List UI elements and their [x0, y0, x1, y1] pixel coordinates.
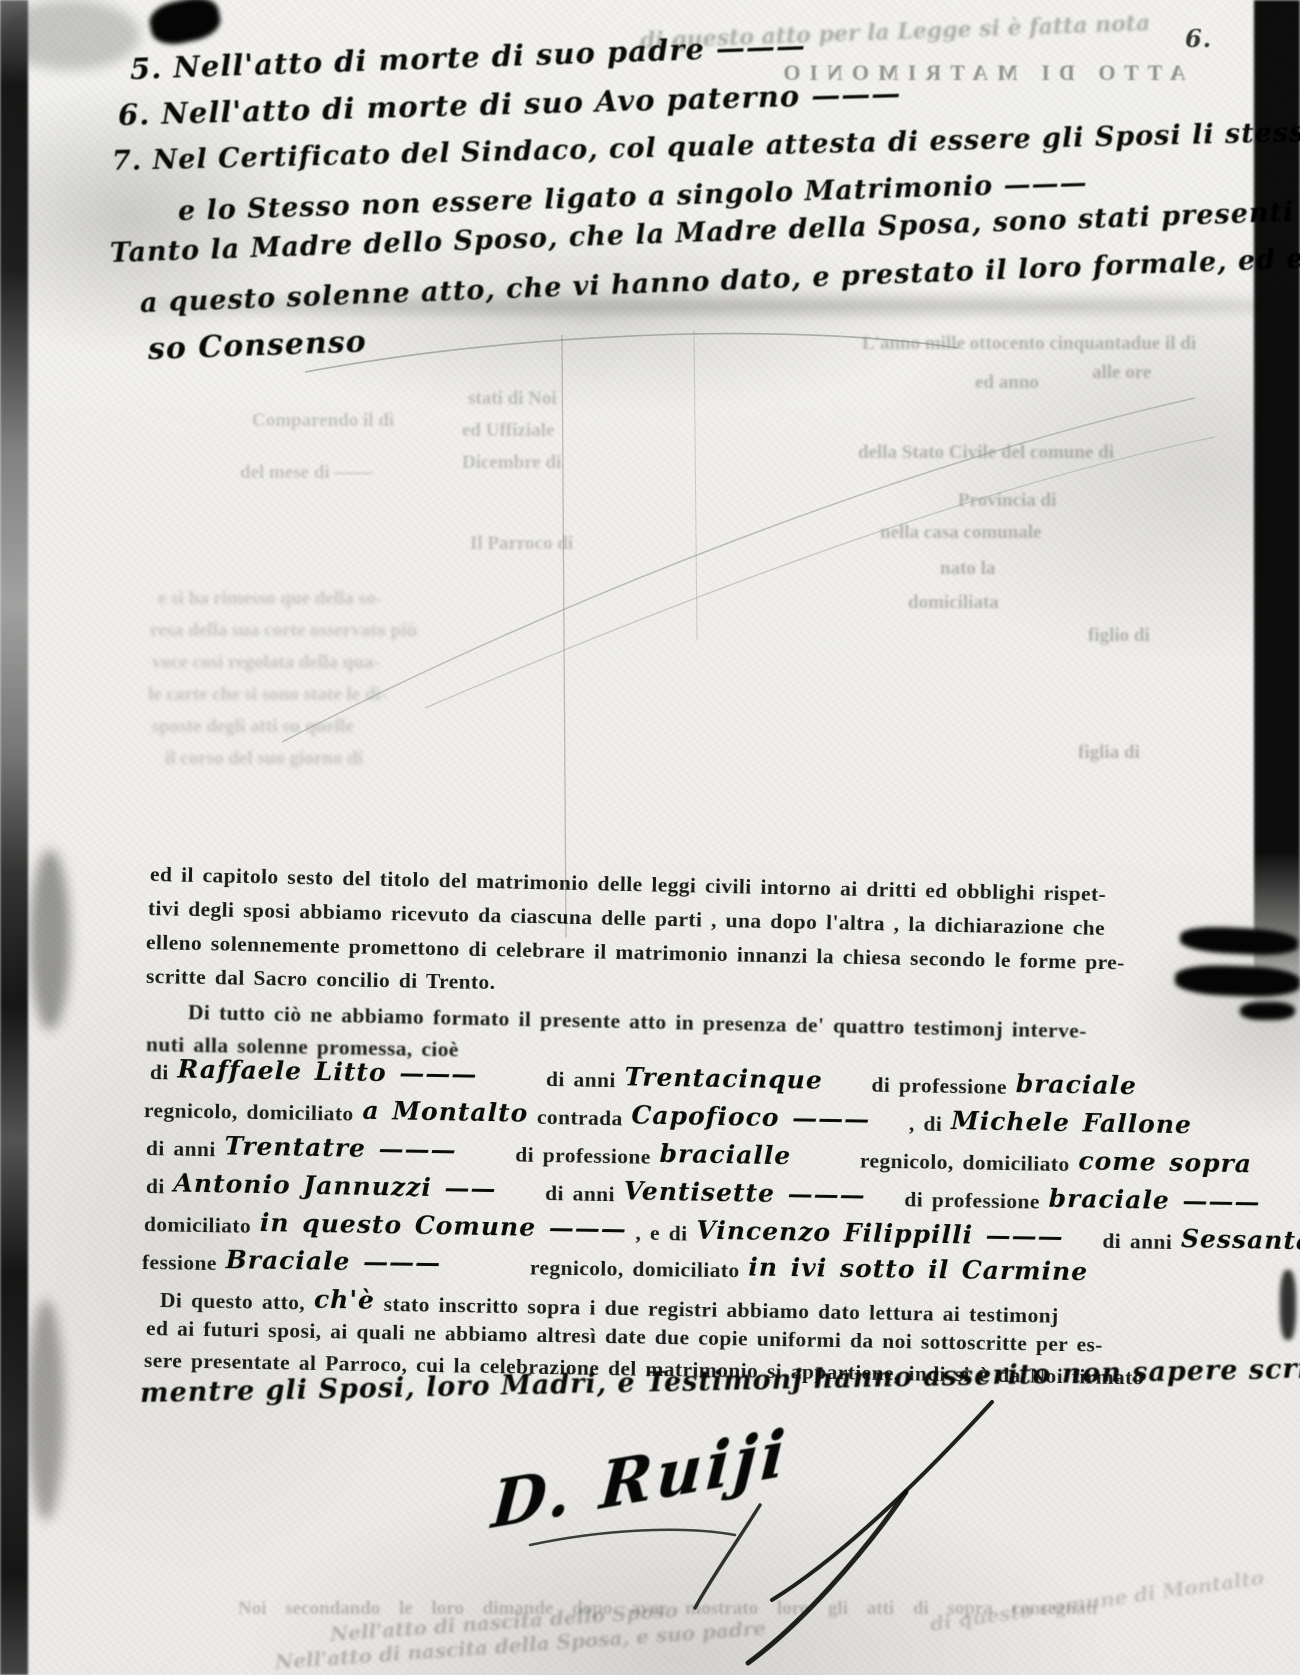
printed-text: regnicolo, domiciliato [144, 1098, 363, 1126]
ink-blot [1240, 1002, 1295, 1020]
witness-age-handwritten: Trentatre ——— [224, 1131, 457, 1164]
printed-text: domiciliato [144, 1212, 260, 1238]
printed-text: di professione [863, 1072, 1016, 1099]
witness-age-handwritten: Ventisette ——— [624, 1176, 866, 1209]
printed-text: fessione [142, 1250, 226, 1275]
printed-text: , di [900, 1111, 951, 1136]
witness-row: fessione Braciale ——— regnicolo, domicil… [142, 1246, 1089, 1288]
scanned-document-page: ATTO DI MATRIMONIO di questo atto per la… [0, 0, 1300, 1675]
bleedthrough-label: stati di Noi [468, 388, 557, 410]
printed-text: , e di [627, 1220, 697, 1245]
witness-name-handwritten: Antonio Jannuzzi —— [173, 1168, 496, 1203]
witness-age-handwritten: Sessanta —— [1181, 1224, 1300, 1256]
printed-text: di professione [506, 1142, 659, 1169]
bleedthrough-label: nella casa comunale [880, 522, 1042, 544]
bleedthrough-label: ed Uffiziale [462, 420, 554, 442]
bleedthrough-illegible-line: resa della sua corte osservato più [150, 620, 417, 642]
witness-name-handwritten: Raffaele Litto ——— [177, 1054, 477, 1088]
bleedthrough-label: nato la [940, 558, 995, 580]
handwritten-insert: ch'è [314, 1285, 375, 1315]
witness-profession-handwritten: Braciale ——— [225, 1245, 441, 1277]
annotation-line: 6. Nell'atto di morte di suo Avo paterno… [118, 76, 902, 132]
printed-text: regnicolo, domiciliato [851, 1148, 1079, 1176]
bleedthrough-label: alle ore [1092, 362, 1151, 384]
bleedthrough-label: Il Parroco di [470, 533, 573, 555]
bleedthrough-label: della Stato Civile del comune di [858, 442, 1114, 464]
ink-blot [1280, 1270, 1296, 1340]
printed-text: regnicolo, domiciliato [521, 1255, 749, 1282]
bleedthrough-label: figlio di [1088, 625, 1150, 647]
printed-text: Di questo atto, [160, 1288, 314, 1315]
bleedthrough-label: figlia di [1078, 742, 1140, 764]
witness-name-handwritten: Michele Fallone [951, 1106, 1192, 1139]
corner-mark: 6. [1185, 24, 1212, 53]
witness-domicile-handwritten: a Montalto [362, 1096, 528, 1128]
bleedthrough-label: L'anno mille ottocento cinquantadue il d… [862, 333, 1196, 355]
witness-age-handwritten: Trentacinque [624, 1062, 823, 1094]
witness-domicile-handwritten: come sopra [1078, 1146, 1252, 1178]
printed-text: di professione [895, 1187, 1048, 1214]
bleedthrough-label: Dicembre di [462, 452, 561, 474]
printed-text: regnicolo [1290, 1194, 1300, 1220]
printed-text: di [150, 1060, 178, 1084]
printed-text: di anni [536, 1181, 624, 1207]
witness-profession-handwritten: braciale ——— [1048, 1184, 1260, 1217]
printed-line: scritte dal Sacro concilio di Trento. [146, 964, 496, 995]
book-spine-shadow-left [0, 0, 28, 1675]
bleedthrough-label: del mese di —— [240, 462, 372, 484]
printed-text: di anni [1093, 1229, 1181, 1255]
bleedthrough-illegible-line: voce così regolata della qua- [152, 652, 380, 674]
printed-text: di [146, 1174, 174, 1198]
annotation-line: 5. Nell'atto di morte di suo padre ——— [129, 28, 806, 86]
annotation-line: so Consenso [147, 324, 367, 367]
bleedthrough-illegible-line: il corso del suo giorno di [165, 748, 363, 770]
ink-blot [146, 0, 223, 49]
witness-domicile-handwritten: in questo Comune ——— [260, 1208, 627, 1243]
witness-domicile-handwritten: in ivi sotto il Carmine [748, 1252, 1088, 1286]
bleedthrough-label: ed anno [975, 372, 1039, 394]
bleedthrough-label: Provincia di [958, 490, 1056, 512]
printed-text: contrada [528, 1105, 632, 1131]
bleedthrough-label: domiciliata [908, 592, 999, 614]
printed-text: di anni [537, 1067, 625, 1093]
witness-profession-handwritten: bracialle [659, 1139, 791, 1170]
book-edge-shadow-right [1254, 0, 1300, 1015]
bleedthrough-illegible-line: sposte degli atti su quelle [152, 716, 354, 738]
witness-row: di Raffaele Litto ——— di anni Trentacinq… [150, 1056, 1137, 1102]
printed-text: di anni [146, 1136, 225, 1161]
witness-contrada-handwritten: Capofioco ——— [631, 1101, 870, 1134]
bleedthrough-illegible-line: le carte che si sono state le di- [148, 684, 387, 706]
bleedthrough-illegible-line: e si ha rimesso que della so- [158, 588, 382, 610]
bleedthrough-label: Comparendo il dì [252, 410, 394, 432]
officer-signature: D. Ruiji [489, 1415, 791, 1544]
witness-profession-handwritten: braciale [1016, 1069, 1138, 1100]
witness-name-handwritten: Vincenzo Filippilli ——— [696, 1216, 1064, 1251]
